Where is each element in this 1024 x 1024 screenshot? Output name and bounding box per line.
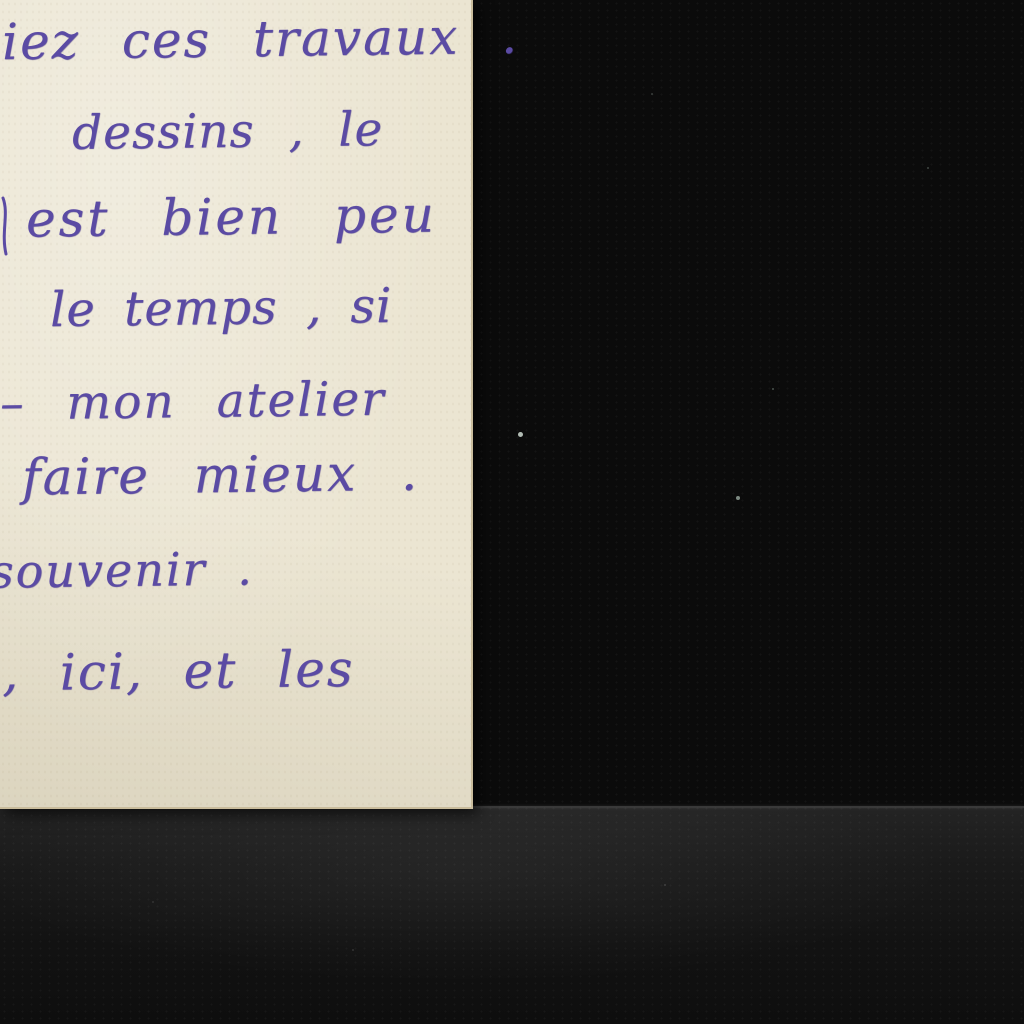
handwritten-line-6: faire mieux .: [22, 444, 420, 507]
dust-speck: [927, 167, 929, 169]
handwritten-line-5: – mon atelier: [0, 372, 386, 432]
dust-speck: [518, 432, 523, 437]
dust-speck: [651, 93, 653, 95]
handwritten-line-2: dessins , le: [72, 102, 384, 161]
handwritten-line-7: souvenir .: [0, 541, 254, 598]
letter-page: iez ces travaux . dessins , le est bien …: [0, 0, 473, 809]
dust-speck: [664, 884, 666, 886]
handwritten-line-1: iez ces travaux .: [2, 7, 520, 71]
dust-speck: [152, 901, 154, 903]
cutoff-letter-fragment: [0, 196, 14, 256]
dust-speck: [736, 496, 740, 500]
handwritten-line-4: le temps , si: [50, 278, 393, 338]
handwritten-line-8: , ici, et les: [2, 640, 355, 702]
letter-photograph: iez ces travaux . dessins , le est bien …: [0, 0, 1024, 1024]
velvet-lower-background: [0, 806, 1024, 1024]
dust-speck: [772, 388, 774, 390]
dust-speck: [352, 949, 354, 951]
handwritten-line-3: est bien peu: [26, 185, 437, 248]
mat-edge-line: [468, 806, 1024, 808]
